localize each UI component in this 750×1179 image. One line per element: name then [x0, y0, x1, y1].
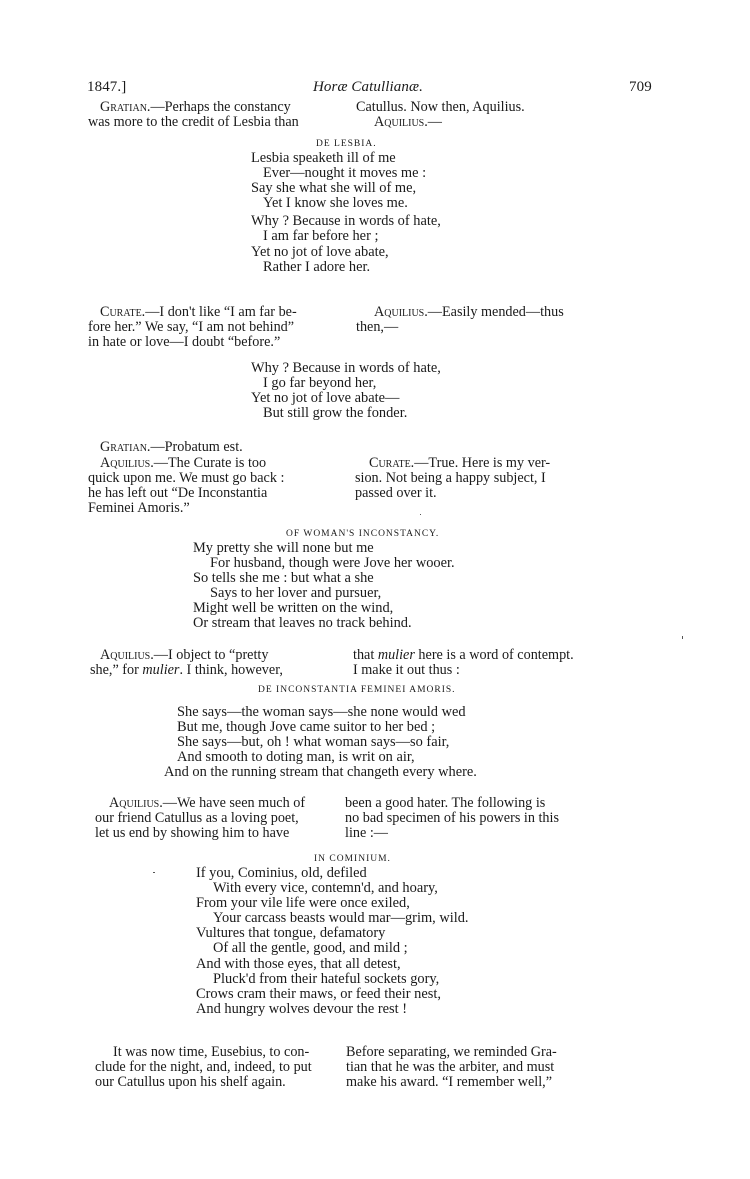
- header-title: Horæ Catullianæ.: [313, 80, 423, 95]
- speaker-name: Gratian.: [100, 99, 150, 115]
- verse-line: But me, though Jove came suitor to her b…: [164, 720, 477, 735]
- dialogue-line: been a good hater. The following is: [345, 796, 645, 811]
- dialogue-line: Feminei Amoris.”: [88, 501, 333, 516]
- speaker-name: Curate.: [369, 455, 414, 471]
- verse-line: But still grow the fonder.: [251, 406, 441, 421]
- verse-line: And with those eyes, that all detest,: [196, 957, 469, 972]
- speaker-name: Gratian.: [100, 439, 150, 455]
- dialogue-line: he has left out “De Inconstantia: [88, 486, 333, 501]
- dialogue-line: Aquilius.—: [356, 115, 656, 130]
- header-year: 1847.]: [87, 80, 126, 95]
- verse-line: So tells she me : but what a she: [193, 571, 455, 586]
- dialogue-line: Aquilius.—We have seen much of: [95, 796, 340, 811]
- verse-line: Why ? Because in words of hate,: [251, 361, 441, 376]
- narrative-line: our Catullus upon his shelf again.: [95, 1075, 340, 1090]
- dialogue-line: Aquilius.—Easily mended—thus: [356, 305, 656, 320]
- verse-line: Crows cram their maws, or feed their nes…: [196, 987, 469, 1002]
- scan-speck: [682, 636, 683, 639]
- verse-line: Rather I adore her.: [251, 260, 441, 275]
- dialogue-line: Curate.—I don't like “I am far be-: [88, 305, 333, 320]
- speaker-name: Aquilius.: [100, 455, 154, 471]
- verse-line: Says to her lover and pursuer,: [193, 586, 455, 601]
- scanned-page: 1847.] Horæ Catullianæ. 709 Gratian.—Per…: [0, 0, 750, 1179]
- dialogue-line: I make it out thus :: [353, 663, 653, 678]
- dialogue-line: Aquilius.—I object to “pretty: [90, 648, 335, 663]
- poem-de-lesbia-revised: Why ? Because in words of hate, I go far…: [251, 361, 441, 421]
- italic-word: mulier: [378, 647, 415, 663]
- dialogue-line: let us end by showing him to have: [95, 826, 340, 841]
- verse-line: I am far before her ;: [251, 229, 441, 244]
- dialogue-line: she,” for mulier. I think, however,: [90, 663, 335, 678]
- speaker-name: Aquilius.: [374, 304, 428, 320]
- verse-line: For husband, though were Jove her wooer.: [193, 556, 455, 571]
- verse-line: Your carcass beasts would mar—grim, wild…: [196, 911, 469, 926]
- dialogue-right-column: Catullus. Now then, Aquilius. Aquilius.—: [356, 100, 656, 130]
- poem-in-cominium: If you, Cominius, old, defiled With ever…: [196, 866, 469, 1017]
- dialogue-line: that mulier here is a word of contempt.: [353, 648, 653, 663]
- dialogue-line: Aquilius.—The Curate is too: [88, 456, 333, 471]
- dialogue-line: quick upon me. We must go back :: [88, 471, 333, 486]
- dialogue-right-column: Before separating, we reminded Gra- tian…: [346, 1045, 646, 1090]
- verse-line: Pluck'd from their hateful sockets gory,: [196, 972, 469, 987]
- dialogue-line: in hate or love—I doubt “before.”: [88, 335, 333, 350]
- verse-line: Lesbia speaketh ill of me: [251, 151, 441, 166]
- speaker-name: Aquilius.: [100, 647, 154, 663]
- verse-line: Yet no jot of love abate—: [251, 391, 441, 406]
- dialogue-line: passed over it.: [355, 486, 655, 501]
- verse-line: With every vice, contemn'd, and hoary,: [196, 881, 469, 896]
- dialogue-line: was more to the credit of Lesbia than: [88, 115, 331, 130]
- narrative-line: make his award. “I remember well,”: [346, 1075, 646, 1090]
- narrative-line: tian that he was the arbiter, and must: [346, 1060, 646, 1075]
- dialogue-right-column: Curate.—True. Here is my ver- sion. Not …: [355, 456, 655, 501]
- speaker-name: Aquilius.: [374, 114, 428, 130]
- poem-de-lesbia: Lesbia speaketh ill of me Ever—nought it…: [251, 151, 441, 275]
- verse-line: Why ? Because in words of hate,: [251, 214, 441, 229]
- dialogue-line: line :—: [345, 826, 645, 841]
- verse-line: Yet no jot of love abate,: [251, 245, 441, 260]
- dialogue-left-column: Aquilius.—The Curate is too quick upon m…: [88, 456, 333, 516]
- verse-line: And on the running stream that changeth …: [164, 765, 477, 780]
- verse-line: Say she what she will of me,: [251, 181, 441, 196]
- verse-line: If you, Cominius, old, defiled: [196, 866, 469, 881]
- verse-line: Might well be written on the wind,: [193, 601, 455, 616]
- scan-speck: [153, 872, 155, 873]
- verse-line: Ever—nought it moves me :: [251, 166, 441, 181]
- verse-line: Vultures that tongue, defamatory: [196, 926, 469, 941]
- verse-line: Of all the gentle, good, and mild ;: [196, 941, 469, 956]
- verse-line: Or stream that leaves no track behind.: [193, 616, 455, 631]
- verse-line: And smooth to doting man, is writ on air…: [164, 750, 477, 765]
- narrative-line: It was now time, Eusebius, to con-: [95, 1045, 340, 1060]
- verse-line: She says—the woman says—she none would w…: [164, 705, 477, 720]
- dialogue-right-column: that mulier here is a word of contempt. …: [353, 648, 653, 678]
- dialogue-line: Curate.—True. Here is my ver-: [355, 456, 655, 471]
- verse-line: My pretty she will none but me: [193, 541, 455, 556]
- speaker-name: Curate.: [100, 304, 145, 320]
- dialogue-right-column: been a good hater. The following is no b…: [345, 796, 645, 841]
- dialogue-line: then,—: [356, 320, 656, 335]
- page-number: 709: [629, 80, 652, 95]
- poem-de-inconstantia: She says—the woman says—she none would w…: [164, 705, 477, 780]
- narrative-line: clude for the night, and, indeed, to put: [95, 1060, 340, 1075]
- dialogue-line: fore her.” We say, “I am not behind”: [88, 320, 333, 335]
- speaker-name: Aquilius.: [109, 795, 163, 811]
- dialogue-left-column: It was now time, Eusebius, to con- clude…: [95, 1045, 340, 1090]
- italic-word: mulier: [142, 662, 179, 678]
- poem-womans-inconstancy: My pretty she will none but me For husba…: [193, 541, 455, 632]
- poem-title: DE INCONSTANTIA FEMINEI AMORIS.: [258, 683, 456, 698]
- dialogue-line: no bad specimen of his powers in this: [345, 811, 645, 826]
- verse-line: I go far beyond her,: [251, 376, 441, 391]
- verse-line: Yet I know she loves me.: [251, 196, 441, 211]
- scan-speck: [420, 514, 421, 515]
- dialogue-left-column: Curate.—I don't like “I am far be- fore …: [88, 305, 333, 350]
- dialogue-line: our friend Catullus as a loving poet,: [95, 811, 340, 826]
- dialogue-line: Gratian.—Perhaps the constancy: [88, 100, 331, 115]
- narrative-line: Before separating, we reminded Gra-: [346, 1045, 646, 1060]
- dialogue-left-column: Aquilius.—I object to “pretty she,” for …: [90, 648, 335, 678]
- dialogue-left-column: Gratian.—Perhaps the constancy was more …: [88, 100, 331, 130]
- dialogue-left-column: Aquilius.—We have seen much of our frien…: [95, 796, 340, 841]
- dialogue-line: sion. Not being a happy subject, I: [355, 471, 655, 486]
- dialogue-right-column: Aquilius.—Easily mended—thus then,—: [356, 305, 656, 335]
- verse-line: From your vile life were once exiled,: [196, 896, 469, 911]
- verse-line: And hungry wolves devour the rest !: [196, 1002, 469, 1017]
- dialogue-line: Gratian.—Probatum est.: [100, 440, 243, 455]
- verse-line: She says—but, oh ! what woman says—so fa…: [164, 735, 477, 750]
- dialogue-line-full: Gratian.—Probatum est.: [100, 440, 243, 455]
- dialogue-line: Catullus. Now then, Aquilius.: [356, 100, 656, 115]
